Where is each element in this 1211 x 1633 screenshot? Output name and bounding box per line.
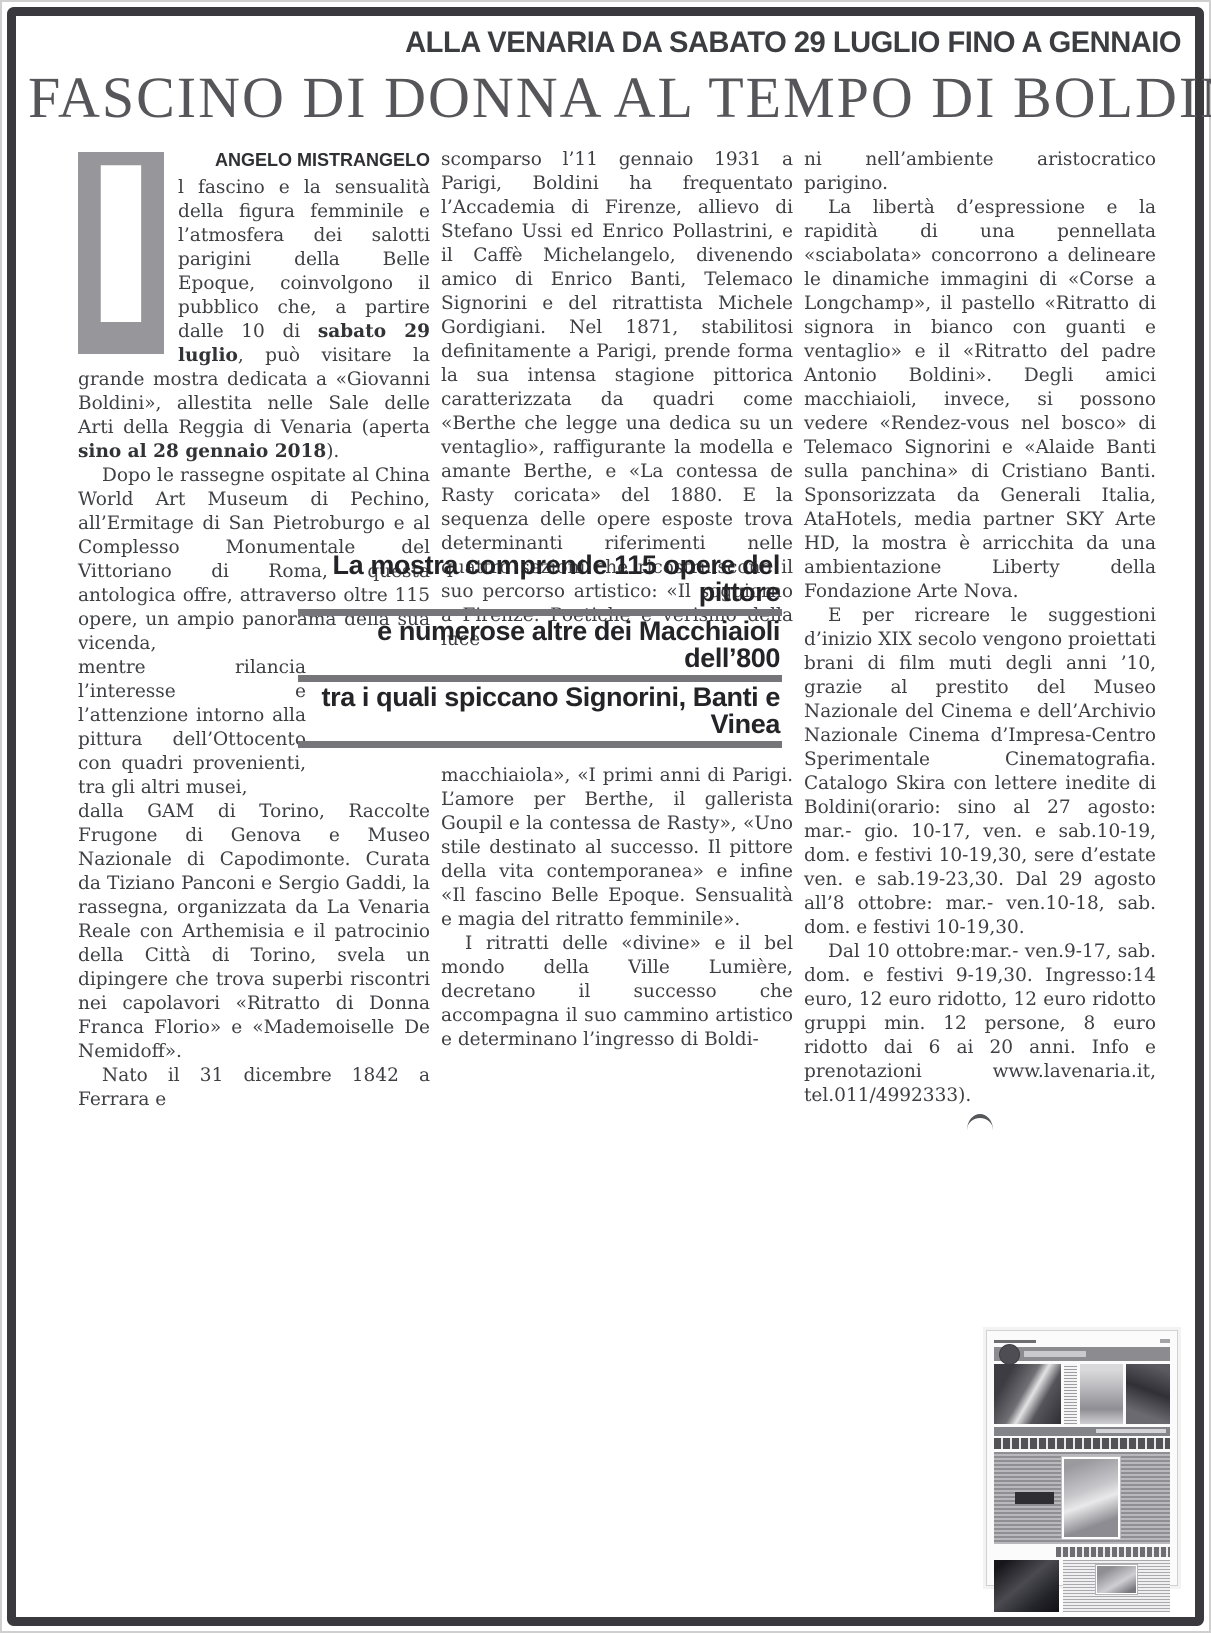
thumb-caption-line	[1056, 1547, 1170, 1557]
column-3: ni nell’ambiente aristocratico parigino.…	[804, 148, 1156, 1130]
headline: FASCINO DI DONNA AL TEMPO DI BOLDINI	[28, 64, 1189, 131]
pull-quote-line: tra i quali spiccano Signorini, Banti e …	[298, 684, 782, 748]
thumb-section-title	[1024, 1351, 1086, 1357]
thumb-small-image	[1095, 1564, 1138, 1595]
pull-quote-line: La mostra comprende 115 opere del pittor…	[298, 552, 782, 616]
kicker: ALLA VENARIA DA SABATO 29 LUGLIO FINO A …	[94, 26, 1181, 60]
paragraph: E per ricreare le suggestioni d’inizio X…	[804, 604, 1156, 940]
thumb-photo-painting-middle	[1080, 1364, 1124, 1424]
article-end-mark	[967, 1114, 993, 1130]
drop-cap: I	[78, 152, 164, 354]
thumb-bottom-text	[1063, 1560, 1171, 1612]
paragraph-text: , può visitare la grande mostra dedicata…	[78, 345, 430, 438]
thumb-text-sliver	[1064, 1364, 1077, 1424]
thumb-photo-painting-left	[994, 1364, 1061, 1424]
paragraph: dalla GAM di Torino, Raccolte Frugone di…	[78, 800, 430, 1064]
thumb-photo-painting-right	[1126, 1364, 1170, 1424]
paragraph: Dal 10 ottobre:mar.- ven.9-17, sab. dom.…	[804, 940, 1156, 1108]
thumb-photo-interior	[994, 1560, 1059, 1612]
thumb-caption-patch	[1015, 1492, 1054, 1503]
paragraph: La libertà d’espressione e la rapidità d…	[804, 196, 1156, 604]
pull-quote: La mostra comprende 115 opere del pittor…	[298, 552, 782, 750]
thumb-page-number	[1160, 1339, 1170, 1343]
newspaper-page: ALLA VENARIA DA SABATO 29 LUGLIO FINO A …	[0, 0, 1211, 1633]
paragraph-text: ).	[326, 441, 339, 462]
paragraph: I ritratti delle «divine» e il bel mondo…	[441, 932, 793, 1052]
paragraph: macchiaiola», «I primi anni di Parigi. L…	[441, 764, 793, 932]
paragraph-text: l fascino e la sensualità della figura f…	[178, 177, 430, 342]
paragraph-narrow: mentre rilancia l’interesse e l’attenzio…	[78, 656, 306, 800]
thumb-kicker-bar	[994, 1427, 1170, 1436]
thumb-section-banner	[994, 1347, 1170, 1361]
bold-date: sino al 28 gennaio 2018	[78, 441, 326, 462]
paragraph: Nato il 31 dicembre 1842 a Ferrara e	[78, 1064, 430, 1112]
thumb-body-text	[994, 1452, 1170, 1544]
thumb-folio-line	[994, 1340, 1036, 1343]
thumb-section-badge	[999, 1344, 1020, 1365]
thumb-headline-line	[994, 1438, 1170, 1449]
pull-quote-line: e numerose altre dei Macchiaioli dell’80…	[298, 618, 782, 682]
page-thumbnail	[986, 1330, 1178, 1586]
thumb-framed-painting	[1061, 1456, 1121, 1541]
paragraph: ni nell’ambiente aristocratico parigino.	[804, 148, 1156, 196]
